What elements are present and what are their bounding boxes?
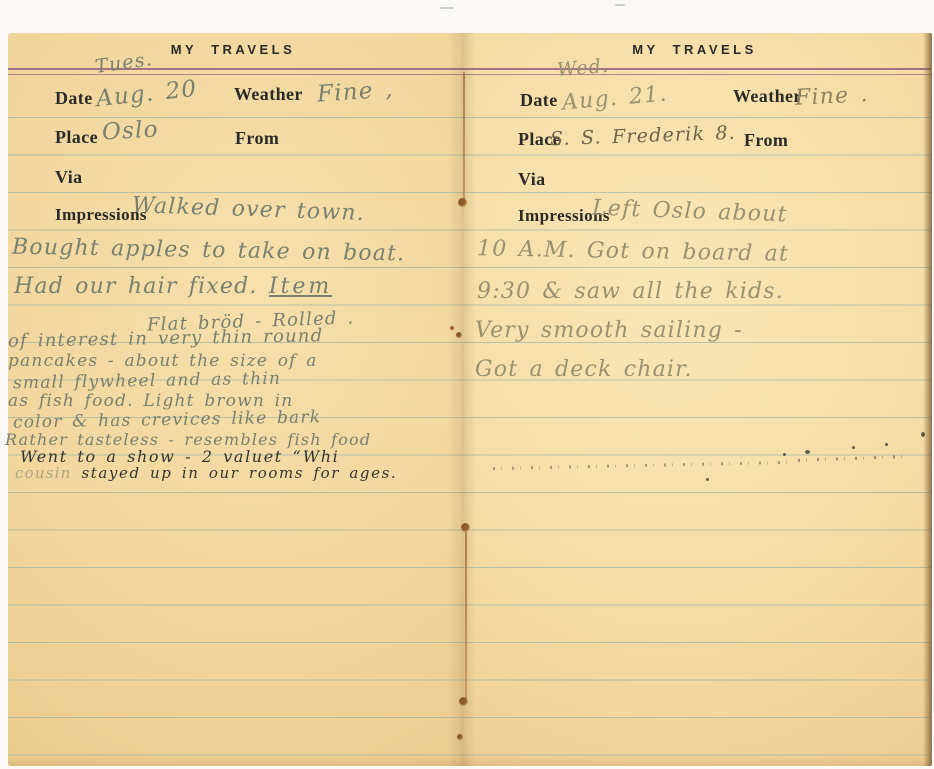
ink-speck [852,446,855,449]
diary-scan: MY TRAVELS MY TRAVELS Date Weather Place… [0,0,934,769]
from-label: From [235,128,279,149]
stitch-hole [459,697,468,706]
stitch-hole [458,198,467,207]
from-label: From [744,130,788,151]
ink-speck [921,432,925,437]
date-label: Date [520,90,558,111]
handwritten-weather: Fine . [794,82,869,111]
underlined-word: Item [269,274,332,299]
handwritten-day: Wed. [556,55,610,81]
impressions-line-mixed: cousinstayed up in our rooms for ages. [15,464,397,482]
via-label: Via [518,169,546,190]
place-label: Place [55,127,98,148]
ink-speck [706,478,709,481]
red-ink-speck [450,326,454,330]
weather-label: Weather [733,86,802,107]
stitch-hole [457,734,463,740]
stitch-hole [461,523,470,532]
ink-speck [885,443,888,446]
ruled-lines [458,93,931,762]
via-label: Via [55,167,83,188]
scan-artifact [615,4,625,6]
weather-label: Weather [234,84,303,105]
handwritten-weather: Fine , [316,76,394,107]
page-title-right: MY TRAVELS [458,42,931,60]
handwritten-place: Oslo [101,117,159,146]
binding-thread [463,72,465,204]
ink-speck [783,453,786,456]
faded-word: cousin [15,464,71,482]
stitch-hole [456,332,462,338]
impressions-line: Got a deck chair. [475,357,693,382]
impressions-line: Very smooth sailing - [475,318,743,343]
scan-artifact [440,7,454,9]
page-title-left: MY TRAVELS [8,42,458,60]
impressions-line: Had our hair fixed. Item [14,274,332,299]
impressions-line-text: Had our hair fixed. [14,274,269,299]
ink-speck [805,450,810,454]
date-label: Date [55,88,93,109]
impressions-line: 9:30 & saw all the kids. [477,279,784,304]
binding-thread [465,528,467,701]
ink-phrase: stayed up in our rooms for ages. [81,464,397,482]
